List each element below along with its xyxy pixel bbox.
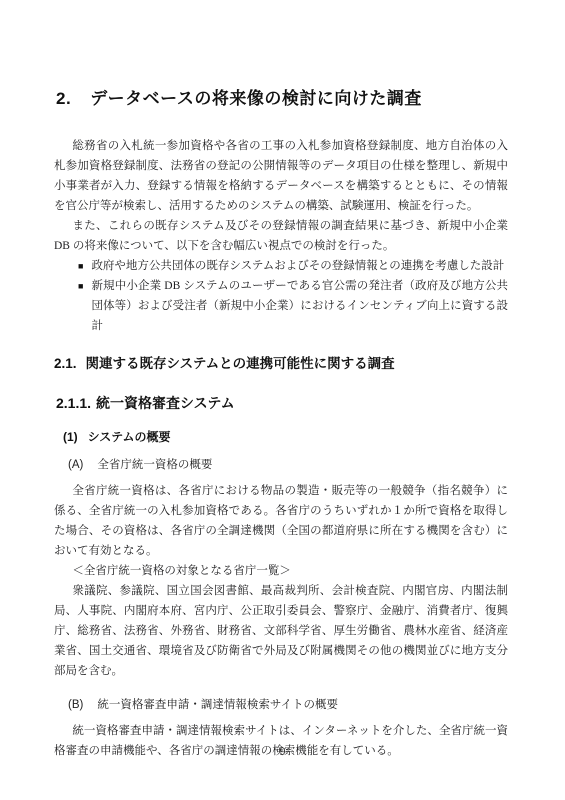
ministry-list-title: ＜全省庁統一資格の対象となる省庁一覧＞	[54, 561, 508, 581]
document-page: 2. データベースの将来像の検討に向けた調査 総務省の入札統一参加資格や各省の工…	[0, 0, 565, 800]
chapter-number: 2.	[56, 89, 71, 109]
list-item-text: 新規中小企業 DB システムのユーザーである官公需の発注者（政府及び地方公共団体…	[91, 276, 508, 336]
bullet-square-icon: ■	[78, 276, 83, 296]
intro-paragraph-1: 総務省の入札統一参加資格や各省の工事の入札参加資格登録制度、地方自治体の入札参加…	[54, 136, 508, 216]
intro-paragraph-2: また、これらの既存システム及びその登録情報の調査結果に基づき、新規中小企業 DB…	[54, 216, 508, 256]
list-item: ■ 新規中小企業 DB システムのユーザーである官公需の発注者（政府及び地方公共…	[78, 276, 508, 336]
chapter-heading: 2. データベースの将来像の検討に向けた調査	[56, 84, 508, 109]
bullet-square-icon: ■	[78, 256, 83, 276]
list-item: ■ 政府や地方公共団体の既存システムおよびその登録情報との連携を考慮した設計	[78, 256, 508, 276]
design-considerations-list: ■ 政府や地方公共団体の既存システムおよびその登録情報との連携を考慮した設計 ■…	[78, 256, 508, 336]
subsection-a-title: 全省庁統一資格の概要	[97, 456, 212, 472]
chapter-title: データベースの将来像の検討に向けた調査	[90, 84, 422, 109]
list-item-text: 政府や地方公共団体の既存システムおよびその登録情報との連携を考慮した設計	[91, 256, 504, 276]
page-number: 9	[0, 744, 565, 759]
section-2-1-title: 関連する既存システムとの連携可能性に関する調査	[86, 352, 395, 372]
subsection-b-label: (B)	[68, 699, 83, 711]
section-2-1-1-number: 2.1.1.	[56, 395, 91, 411]
subsection-b-title: 統一資格審査申請・調達情報検索サイトの概要	[97, 696, 338, 712]
subsection-a-label: (A)	[68, 459, 83, 471]
section-2-1-1-heading: 2.1.1. 統一資格審査システム	[56, 393, 508, 413]
subsection-b-heading: (B) 統一資格審査申請・調達情報検索サイトの概要	[68, 696, 508, 712]
section-2-1-1-title: 統一資格審査システム	[96, 393, 235, 413]
section-2-1-heading: 2.1. 関連する既存システムとの連携可能性に関する調査	[54, 352, 508, 372]
subsection-1-label: (1)	[63, 430, 78, 444]
ministry-list-body: 衆議院、参議院、国立国会図書館、最高裁判所、会計検査院、内閣官房、内閣法制局、人…	[54, 581, 508, 681]
section-2-1-number: 2.1.	[54, 356, 77, 371]
subsection-a-paragraph: 全省庁統一資格は、各省庁における物品の製造・販売等の一般競争（指名競争）に係る、…	[54, 481, 508, 561]
subsection-1-heading: (1) システムの概要	[63, 428, 508, 445]
subsection-1-title: システムの概要	[88, 428, 171, 445]
subsection-a-heading: (A) 全省庁統一資格の概要	[68, 456, 508, 472]
